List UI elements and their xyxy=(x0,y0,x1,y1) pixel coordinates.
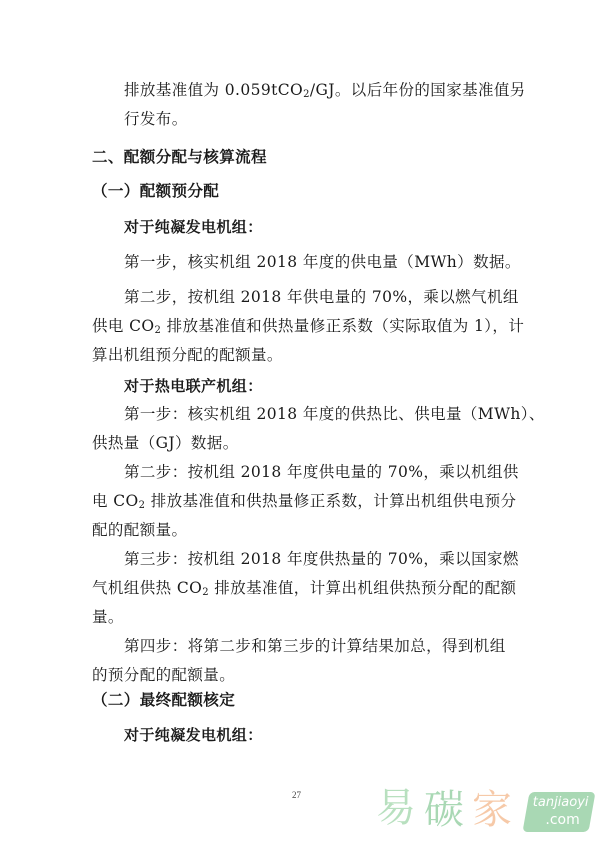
paragraph-line: 排放基准值为 0.059tCO2/GJ。以后年份的国家基准值另 xyxy=(124,80,526,100)
paragraph-line: 第三步：按机组 2018 年度供热量的 70%，乘以国家燃 xyxy=(124,549,519,569)
unit-type-heading: 对于纯凝发电机组： xyxy=(124,725,263,745)
watermark-char-yi: 易 xyxy=(376,786,416,830)
paragraph-line: 第二步：按机组 2018 年度供电量的 70%，乘以机组供 xyxy=(124,462,519,482)
paragraph-line: 第一步：核实机组 2018 年度的供热比、供电量（MWh）、 xyxy=(124,404,545,424)
paragraph-line: 算出机组预分配的配额量。 xyxy=(92,345,283,365)
paragraph-line: 量。 xyxy=(92,607,124,627)
watermark-badge: tanjiaoyi .com xyxy=(522,792,595,832)
watermark-domain-name: tanjiaoyi xyxy=(528,795,594,810)
paragraph-line: 第二步，按机组 2018 年供电量的 70%，乘以燃气机组 xyxy=(124,287,519,307)
watermark-domain-tld: .com xyxy=(525,812,591,828)
unit-type-heading: 对于热电联产机组： xyxy=(124,376,263,396)
paragraph-line: 气机组供热 CO2 排放基准值，计算出机组供热预分配的配额 xyxy=(92,578,516,598)
section-heading: 二、配额分配与核算流程 xyxy=(92,147,267,167)
subsection-heading: （一）配额预分配 xyxy=(92,181,219,201)
watermark-char-tan: 碳 xyxy=(424,788,464,832)
paragraph-line: 第一步，核实机组 2018 年度的供电量（MWh）数据。 xyxy=(124,252,521,272)
page-number: 27 xyxy=(292,790,301,800)
subsection-heading: （二）最终配额核定 xyxy=(92,690,235,710)
paragraph-line: 行发布。 xyxy=(124,109,188,129)
watermark-logo: 易 碳 家 tanjiaoyi .com xyxy=(376,778,600,844)
paragraph-line: 的预分配的配额量。 xyxy=(92,665,235,685)
watermark-char-jia: 家 xyxy=(472,788,512,832)
paragraph-line: 电 CO2 排放基准值和供热量修正系数，计算出机组供电预分 xyxy=(92,491,516,511)
unit-type-heading: 对于纯凝发电机组： xyxy=(124,217,263,237)
paragraph-line: 供热量（GJ）数据。 xyxy=(92,433,239,453)
paragraph-line: 供电 CO2 排放基准值和供热量修正系数（实际取值为 1），计 xyxy=(92,316,524,336)
paragraph-line: 第四步：将第二步和第三步的计算结果加总，得到机组 xyxy=(124,636,506,656)
document-page: 排放基准值为 0.059tCO2/GJ。以后年份的国家基准值另 行发布。 二、配… xyxy=(0,0,600,848)
paragraph-line: 配的配额量。 xyxy=(92,520,187,540)
